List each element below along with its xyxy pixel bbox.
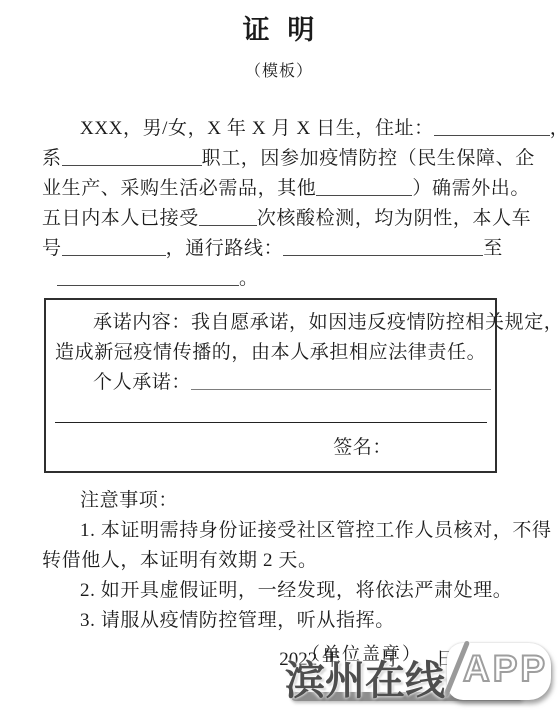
route-to-blank bbox=[57, 269, 239, 286]
personal-pledge-label: 个人承诺： bbox=[93, 372, 191, 393]
body-line-3: 业生产、采购生活必需品，其他）确需外出。 bbox=[42, 174, 518, 204]
body-line-5-tail: 至 bbox=[483, 238, 503, 259]
employer-blank bbox=[62, 149, 202, 166]
body-paragraph: XXX，男/女，X 年 X 月 X 日生，住址：， 系职工，因参加疫情防控（民生… bbox=[42, 114, 518, 294]
note-item-2: 2. 如开具虚假证明，一经发现，将依法严肃处理。 bbox=[42, 576, 518, 606]
body-line-4: 五日内本人已接受次核酸检测，均为阴性，本人车 bbox=[42, 204, 518, 234]
pledge-line-2: 造成新冠疫情传播的，由本人承担相应法律责任。 bbox=[55, 338, 487, 368]
body-line-3-text: 业生产、采购生活必需品，其他 bbox=[42, 178, 316, 199]
body-line-4-text: 五日内本人已接受 bbox=[42, 208, 199, 229]
body-line-4-tail: 次核酸检测，均为阴性，本人车 bbox=[257, 208, 531, 229]
pledge-line-1: 承诺内容：我自愿承诺，如因违反疫情防控相关规定， bbox=[55, 308, 487, 338]
page-subtitle: （模板） bbox=[0, 58, 558, 81]
pledge-writing-rule bbox=[55, 422, 487, 423]
body-line-3-tail: ）确需外出。 bbox=[412, 178, 530, 199]
test-count-blank bbox=[199, 209, 257, 226]
body-line-2: 系职工，因参加疫情防控（民生保障、企 bbox=[42, 144, 518, 174]
body-line-2-pre: 系 bbox=[42, 148, 62, 169]
notes-section: 注意事项： 1. 本证明需持身份证接受社区管控工作人员核对，不得 转借他人，本证… bbox=[42, 486, 518, 636]
note-item-3: 3. 请服从疫情防控管理，听从指挥。 bbox=[42, 606, 518, 636]
body-line-1: XXX，男/女，X 年 X 月 X 日生，住址：， bbox=[42, 114, 518, 144]
note-item-1-cont: 转借他人，本证明有效期 2 天。 bbox=[42, 546, 518, 576]
plate-number-blank bbox=[62, 239, 166, 256]
body-line-5-pre: 号 bbox=[42, 238, 62, 259]
watermark-brand-text: 滨州在线 bbox=[285, 649, 445, 706]
personal-pledge-blank bbox=[191, 373, 491, 390]
body-line-6: 。 bbox=[42, 264, 518, 294]
body-line-5: 号，通行路线：至 bbox=[42, 234, 518, 264]
personal-pledge-line: 个人承诺： bbox=[55, 368, 487, 398]
route-from-blank bbox=[283, 239, 483, 256]
watermark-app-label: APP bbox=[463, 648, 548, 690]
body-line-1-text: XXX，男/女，X 年 X 月 X 日生，住址： bbox=[80, 118, 434, 139]
notes-heading: 注意事项： bbox=[42, 486, 518, 516]
watermark: 滨州在线 APP bbox=[285, 640, 558, 706]
body-line-2-text: 职工，因参加疫情防控（民生保障、企 bbox=[202, 148, 535, 169]
certificate-document: 证 明 （模板） XXX，男/女，X 年 X 月 X 日生，住址：， 系职工，因… bbox=[0, 0, 558, 710]
other-reason-blank bbox=[316, 179, 412, 196]
body-line-5-mid: ，通行路线： bbox=[166, 238, 284, 259]
body-line-6-tail: 。 bbox=[239, 268, 259, 289]
page-title: 证 明 bbox=[0, 0, 558, 47]
address-blank bbox=[434, 119, 550, 136]
signature-label: 签名： bbox=[333, 437, 392, 458]
note-item-1: 1. 本证明需持身份证接受社区管控工作人员核对，不得 bbox=[42, 516, 518, 546]
body-line-1-tail: ， bbox=[550, 118, 558, 139]
signature-line: 签名： bbox=[55, 435, 487, 461]
pledge-box: 承诺内容：我自愿承诺，如因违反疫情防控相关规定， 造成新冠疫情传播的，由本人承担… bbox=[44, 298, 497, 473]
